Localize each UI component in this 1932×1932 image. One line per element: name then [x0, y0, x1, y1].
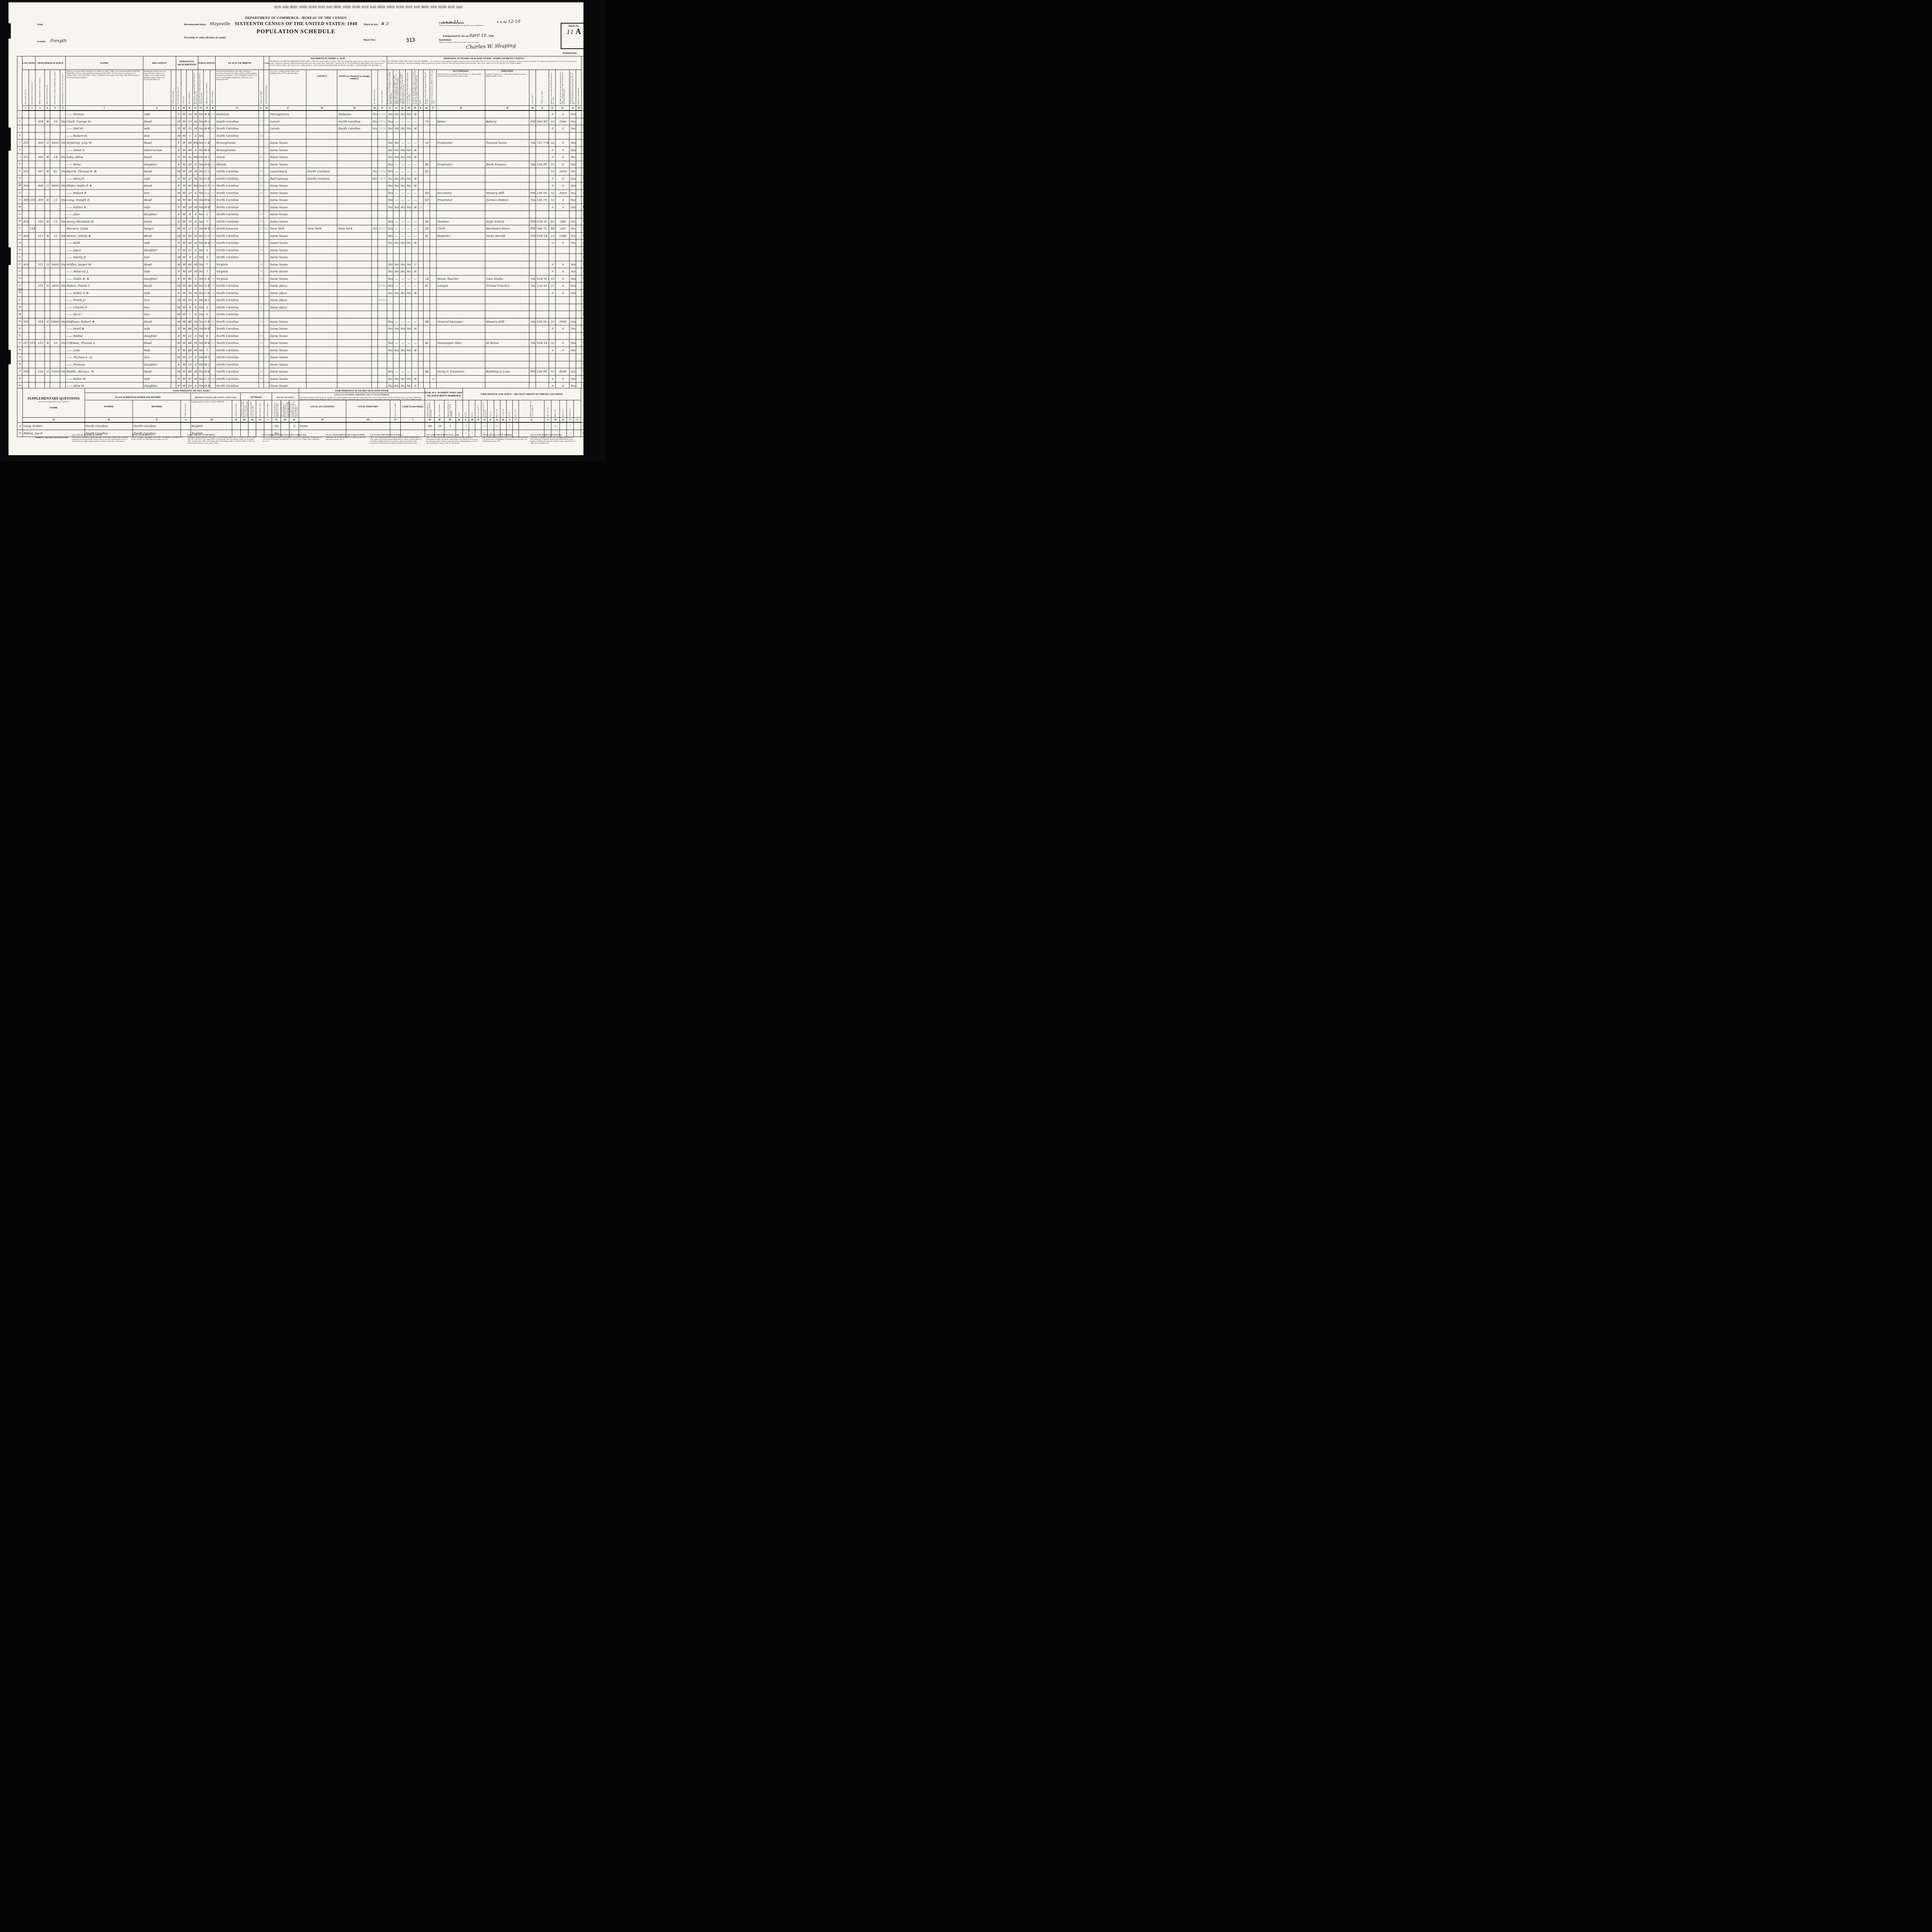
cell-res_state: North Carolina [337, 118, 371, 125]
cell-fs [576, 182, 581, 190]
cell-grade: C-4 [203, 318, 210, 325]
cell-dur [430, 218, 436, 225]
cell-relation: Head [143, 340, 171, 347]
cell-w23: No [399, 261, 405, 268]
table-row: 31—— Pearl ⊗wifeFW44MNoH-4North Carolina… [17, 325, 587, 333]
col-num-w22: 22 [393, 106, 399, 111]
col-desc-J: CODE (Leave blank) [401, 400, 425, 418]
cell-ind [485, 168, 529, 175]
cell-w23: — [399, 340, 405, 347]
cell-v40 [248, 422, 256, 430]
col-num-Y: Y [567, 418, 574, 423]
cell-name: —— Rothie [66, 332, 143, 340]
cell-N [475, 422, 481, 430]
cell-codeA [171, 154, 176, 161]
note-col16: Col. 16. CITIZENSHIP OF THE FOREIGN BORN… [326, 434, 367, 456]
cell-relation: Son [143, 254, 171, 261]
group-residence-1935: RESIDENCE, APRIL 1, 1935 IN WHAT PLACE D… [269, 56, 387, 70]
col-desc-ind46: USUAL INDUSTRY [346, 400, 390, 418]
cell-w22: No [393, 347, 399, 354]
cell-res_state [337, 268, 371, 276]
cell-cls: OA [529, 139, 536, 147]
col-desc-Y: Ch. bor. (50) [567, 400, 574, 418]
col-desc-hours: Number of hours worked during week of Ma… [423, 70, 430, 106]
cell-cit [264, 189, 269, 197]
cell-codeD [378, 247, 387, 254]
cell-occ: Proprietor [436, 161, 485, 168]
cell-value [50, 211, 60, 218]
cell-fs [576, 368, 581, 376]
cell-tenure: O [45, 261, 50, 268]
cell-school: No [198, 118, 203, 125]
cell-relation: wife [143, 289, 171, 297]
cell-hours [423, 289, 430, 297]
table-row: 19—— RuthwifeFW36MNoH-430North CarolinaS… [17, 240, 587, 247]
cell-house: 114 [29, 225, 36, 233]
cell-codeB [210, 268, 215, 276]
cell-cit [264, 304, 269, 311]
band-office-use: FOR OFFICE USE ONLY—DO NOT WRITE IN THES… [463, 388, 581, 400]
cell-codeE [418, 218, 423, 225]
cell-birthplace: North Carolina [215, 354, 259, 361]
col-desc-s43: Were deductions for Fed. Old-Age Insuran… [281, 400, 289, 418]
cell-race: W [181, 189, 186, 197]
cell-codeA [171, 211, 176, 218]
cell-marital: M [192, 368, 198, 376]
cell-race: W [181, 325, 186, 333]
cell-res_farm [371, 354, 378, 361]
cell-hours [423, 361, 430, 368]
cell-res_city: Same house [269, 325, 306, 333]
cell-cit [264, 247, 269, 254]
cell-cit [264, 232, 269, 240]
cell-birthplace: North Carolina [215, 247, 259, 254]
cell-fs [576, 325, 581, 333]
cell-school: No [198, 375, 203, 383]
cell-school: Yes [198, 247, 203, 254]
cell-occ [436, 204, 485, 211]
cell-cit [264, 289, 269, 297]
cell-dur [430, 197, 436, 204]
table-row: 23—— Rebecca J.wifeFW63MNo7Virginia74Sam… [17, 268, 587, 276]
cell-res_farm [371, 275, 378, 282]
cell-ind: News Herald [485, 232, 529, 240]
cell-w24 [405, 211, 412, 218]
line-number: 22 [17, 261, 22, 268]
cell-codeD [378, 332, 387, 340]
cell-L: 4 [463, 422, 469, 430]
cell-relation: Head [143, 197, 171, 204]
line-number: 19 [17, 240, 22, 247]
cell-w22 [393, 132, 399, 139]
cell-birthplace: North Carolina [215, 375, 259, 383]
cell-ind [485, 325, 529, 333]
cell-res_county [306, 275, 337, 282]
cell-dur [430, 204, 436, 211]
cell-res_farm [371, 368, 378, 376]
cell-other: No [570, 240, 576, 247]
cell-codeC [259, 325, 264, 333]
cell-codeA [171, 340, 176, 347]
cell-w21: No [387, 111, 393, 118]
cell-race: W [181, 254, 186, 261]
cell-codeE [418, 347, 423, 354]
cell-house [29, 125, 36, 133]
cell-ind [485, 254, 529, 261]
cell-farm [60, 325, 66, 333]
cell-res_city: Same house [269, 204, 306, 211]
cell-visit: 316 [36, 368, 45, 376]
cell-grade [203, 132, 210, 139]
cell-grade: H-4 [203, 240, 210, 247]
cell-school: Yes [198, 297, 203, 304]
cell-w25: — [412, 168, 418, 175]
cell-dur [430, 168, 436, 175]
cell-race: W [181, 354, 186, 361]
col-num-other: 33 [570, 106, 576, 111]
cell-wages [556, 297, 570, 304]
cell-wages [556, 247, 570, 254]
cell-street: 317 [22, 340, 29, 347]
cell-other: No [570, 118, 576, 125]
cell-W: 00 [551, 422, 560, 430]
cell-w21 [387, 254, 393, 261]
cell-cit [264, 297, 269, 304]
col-num-cit: 16 [264, 106, 269, 111]
cell-school: No [198, 325, 203, 333]
cell-visit [36, 325, 45, 333]
cell-other: No [570, 168, 576, 175]
cell-grade: 6 [203, 247, 210, 254]
cell-occ: Reporter [436, 232, 485, 240]
cell-w24 [405, 132, 412, 139]
cell-house [29, 232, 36, 240]
cell-codeF [536, 132, 549, 139]
cell-codeB: 30 [210, 125, 215, 133]
enumerated-field: Enumerated by me on April 10 , 1940 [443, 33, 494, 38]
cell-codeB: 30 [210, 225, 215, 233]
cell-codeE [418, 368, 423, 376]
cell-visit [36, 225, 45, 233]
cell-house [29, 111, 36, 118]
cell-codeE [418, 175, 423, 182]
cell-relation: daughter [143, 161, 171, 168]
cell-farm [60, 211, 66, 218]
cell-school: No [198, 340, 203, 347]
cell-cit [264, 168, 269, 175]
cell-w25: H [412, 347, 418, 354]
cell-codeE [418, 311, 423, 318]
col-num-age: 11 [186, 106, 192, 111]
cell-visit: 309 [36, 197, 45, 204]
col-desc-S: Cit. (16) [506, 400, 512, 418]
col-desc-codeA: CODE (Leave blank) [171, 70, 176, 106]
table-row: 17114Herrera, LouislodgerMW21SNoH-430Sou… [17, 225, 587, 233]
scan-edge-bottom [0, 455, 606, 461]
cell-codeF [536, 182, 549, 190]
cell-weeks: 0 [549, 240, 556, 247]
cell-birthplace: North Carolina [215, 254, 259, 261]
supp-group-birth: PLACE OF BIRTH OF FATHER AND MOTHER [85, 393, 190, 400]
cell-street [22, 118, 29, 125]
cell-birthplace: North Carolina [215, 125, 259, 133]
cell-K [456, 422, 463, 430]
col-num-res_farm: 20 [371, 106, 378, 111]
cell-w24: — [405, 168, 412, 175]
cell-res_city: Same place [269, 282, 306, 290]
cell-dur [430, 311, 436, 318]
cell-hours [423, 111, 430, 118]
cell-other: No [570, 268, 576, 276]
cell-hours [423, 347, 430, 354]
cell-codeB [210, 325, 215, 333]
cell-race: W [181, 368, 186, 376]
cell-cit: Na [264, 225, 269, 233]
cell-farm [60, 132, 66, 139]
cell-house [29, 161, 36, 168]
cell-occ: Clerk [436, 225, 485, 233]
cell-value [50, 289, 60, 297]
cell-codeD [378, 375, 387, 383]
col-desc-I: CODE (Leave blank) [264, 400, 272, 418]
cell-dur: 0 [430, 375, 436, 383]
cell-res_state [337, 311, 371, 318]
cell-birthplace: North Carolina [215, 175, 259, 182]
note-class-of-worker: Cols. 30 and 47. CLASS OF WORKER:Wage or… [482, 434, 527, 456]
cell-w21 [387, 211, 393, 218]
cell-visit: 314 [36, 318, 45, 325]
cell-w21: No [387, 268, 393, 276]
cell-other [570, 297, 576, 304]
cell-codeC: 76 [259, 332, 264, 340]
cell-v41 [256, 422, 264, 430]
cell-codeF [536, 254, 549, 261]
col-desc-name: Name of each person whose usual place of… [66, 70, 143, 106]
cell-hours [423, 325, 430, 333]
cell-marital: S [192, 132, 198, 139]
cell-res_state [337, 332, 371, 340]
cell-codeC [259, 311, 264, 318]
cell-res_city: Laurinburg [269, 168, 306, 175]
cell-w24 [405, 304, 412, 311]
cell-codeD: 4551 [378, 225, 387, 233]
cell-w24: No [405, 146, 412, 154]
cell-codeF [536, 204, 549, 211]
cell-codeA [171, 318, 176, 325]
col-num-marital: 12 [192, 106, 198, 111]
sd-value: 11 [454, 19, 459, 24]
cell-fs [576, 347, 581, 354]
cell-w21: Yes [387, 282, 393, 290]
cell-cls: OA [529, 340, 536, 347]
cell-value: 21 [50, 197, 60, 204]
cell-wages: 0 [556, 375, 570, 383]
cell-dur [430, 268, 436, 276]
cell-tenure [45, 254, 50, 261]
cell-codeC: 76 [259, 211, 264, 218]
cell-other: No [570, 154, 576, 161]
cell-codeD [378, 268, 387, 276]
cell-visit [36, 268, 45, 276]
cell-wages: 635 [556, 225, 570, 233]
col-desc-N: Fm. and sex (8, 9) [475, 400, 481, 418]
cell-grade: H-4 [203, 225, 210, 233]
cell-street: 305 [22, 197, 29, 204]
cell-O: 29 [481, 422, 488, 430]
cell-marital: M [192, 268, 198, 276]
cell-cit [264, 282, 269, 290]
col-desc-w21: Was this person AT WORK for pay or profi… [387, 70, 393, 106]
cell-tenure: O [45, 139, 50, 147]
cell-dur [430, 254, 436, 261]
col-num-codeE: E [418, 106, 423, 111]
cell-res_city: Same place [269, 304, 306, 311]
cell-cls [529, 311, 536, 318]
col-desc-codeD: CODE (Leave blank) [378, 70, 387, 106]
cell-birthplace: South Carolina [215, 118, 259, 125]
cell-fs [576, 118, 581, 125]
cell-birthplace: Virginia [215, 261, 259, 268]
cell-occ: Secty & Treasurer [436, 368, 485, 376]
cell-age: 12 [186, 332, 192, 340]
cell-weeks [549, 297, 556, 304]
cell-res_farm [371, 268, 378, 276]
cell-w25: — [412, 282, 418, 290]
cell-relation: wife [143, 111, 171, 118]
cell-codeA [171, 111, 176, 118]
cell-visit [36, 240, 45, 247]
scan-blemish [5, 350, 11, 364]
page-stamp: 313 [406, 37, 415, 43]
cell-house [29, 304, 36, 311]
cell-w22: — [393, 368, 399, 376]
col-num-sex: 9 [176, 106, 181, 111]
cell-cls: PW [529, 368, 536, 376]
cell-race: W [181, 111, 186, 118]
cell-grade: H-2 [203, 118, 210, 125]
cell-occ [436, 154, 485, 161]
cell-occ [436, 254, 485, 261]
col-num-occ45: 45 [299, 418, 346, 423]
cell-codeF [536, 261, 549, 268]
cell-w24: — [405, 282, 412, 290]
line-number: 35 [17, 354, 22, 361]
group-household-data: HOUSEHOLD DATA [36, 56, 66, 70]
cell-w25 [412, 247, 418, 254]
cell-cls [529, 182, 536, 190]
cell-cls [529, 289, 536, 297]
col-desc-H: CODE (Leave blank) [232, 400, 240, 418]
cell-cit [264, 125, 269, 133]
cell-street: 309 [22, 261, 29, 268]
cell-codeC [259, 347, 264, 354]
cell-ind46 [346, 422, 390, 430]
col-num-S: S [506, 418, 512, 423]
cell-marital: S [192, 354, 198, 361]
cell-marital: M [192, 347, 198, 354]
cell-age: 66 [186, 261, 192, 268]
cell-res_city: Lenoir [269, 125, 306, 133]
table-row: 7311306R14NoLake, EdnaHeadFW52WdNoH-1Tex… [17, 154, 587, 161]
cell-res_city: Same house [269, 218, 306, 225]
cell-w23: — [399, 318, 405, 325]
col-desc-w48: Has this woman been married more than on… [425, 400, 435, 418]
cell-value [50, 304, 60, 311]
cell-wages: 0 [556, 275, 570, 282]
cell-wages: 0 [556, 340, 570, 347]
cell-w23: No [399, 240, 405, 247]
cell-w25: H [412, 125, 418, 133]
cell-house [29, 311, 36, 318]
cell-codeD [378, 139, 387, 147]
cell-house [29, 318, 36, 325]
col-num-w23: 23 [399, 106, 405, 111]
cell-w21: No [387, 139, 393, 147]
cell-codeB [210, 247, 215, 254]
cell-codeA [171, 168, 176, 175]
cell-codeB: 40 [210, 182, 215, 190]
cell-farm: No [60, 232, 66, 240]
col-num-M: M [469, 418, 475, 423]
col-desc-T: Feb. st. (E) [512, 400, 519, 418]
cell-R [500, 422, 506, 430]
cell-fs [576, 240, 581, 247]
cell-value: 21 [50, 218, 60, 225]
cell-w24: — [405, 118, 412, 125]
cell-visit [36, 161, 45, 168]
cell-w22: No [393, 268, 399, 276]
col-desc-codeB: CODE (Leave blank) [210, 70, 215, 106]
census-scan-page: IlJI tIIl HlIl JIllI IIJll IlJI ItIl HlI… [0, 0, 606, 461]
cell-codeE [418, 232, 423, 240]
cell-house [29, 282, 36, 290]
cell-w24: — [405, 139, 412, 147]
cell-hours: 65 [423, 197, 430, 204]
cell-res_county [306, 132, 337, 139]
cell-w24 [405, 361, 412, 368]
cell-age: 15 [186, 361, 192, 368]
cell-weeks: 0 [549, 268, 556, 276]
cell-school: Yes [198, 304, 203, 311]
cell-w23: No [399, 375, 405, 383]
cell-res_county [306, 118, 337, 125]
cell-tenure [45, 304, 50, 311]
cell-codeC [259, 146, 264, 154]
cell-codeE [418, 275, 423, 282]
supplementary-table: SUPPLEMENTARY QUESTIONS For Persons Enum… [17, 388, 587, 437]
line-number: 12 [17, 189, 22, 197]
col-num-relation: 8 [143, 106, 171, 111]
cell-other: Yes [570, 182, 576, 190]
cell-res_city: Same house [269, 139, 306, 147]
supp-line-header [17, 388, 23, 423]
cell-tenure [45, 211, 50, 218]
cell-wages: 2600 [556, 168, 570, 175]
cell-race: W [181, 297, 186, 304]
cell-w24 [405, 297, 412, 304]
cell-codeC [259, 139, 264, 147]
cell-occ [436, 132, 485, 139]
cell-race: W [181, 204, 186, 211]
cell-farm: No [60, 218, 66, 225]
cell-codeC: 74 [259, 275, 264, 282]
cell-res_city: Same house [269, 318, 306, 325]
cell-age: 21 [186, 225, 192, 233]
cell-weeks: 0 [549, 289, 556, 297]
cell-cls [529, 240, 536, 247]
col-desc-K: CODE [456, 400, 463, 418]
cell-weeks [549, 211, 556, 218]
